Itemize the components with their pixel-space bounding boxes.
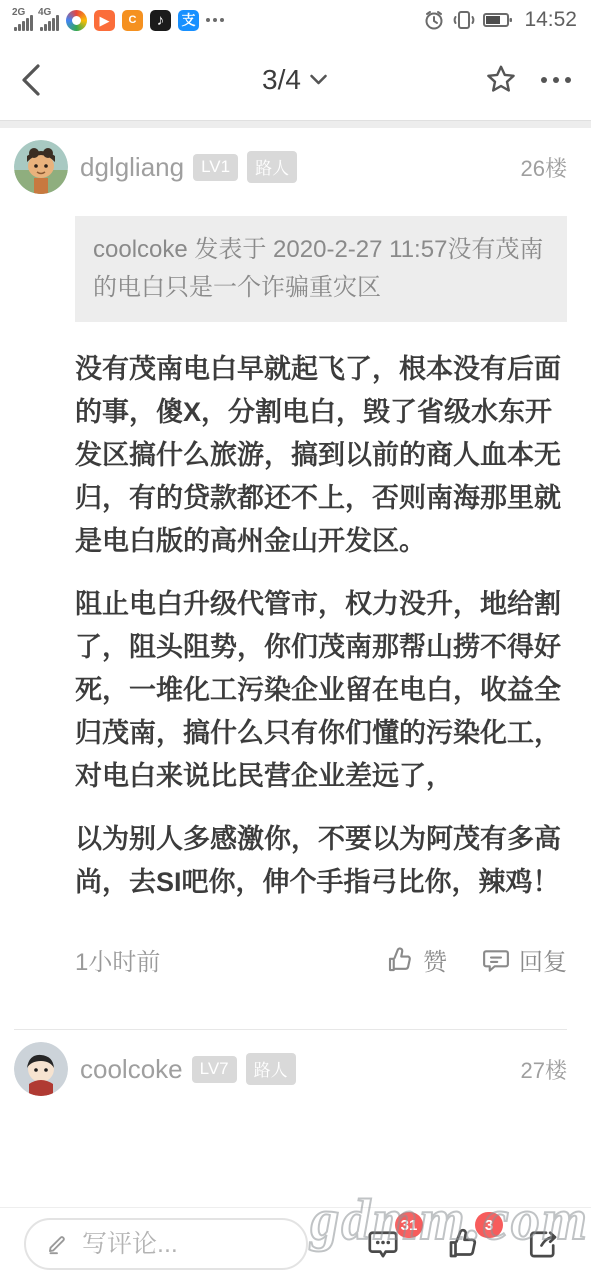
avatar[interactable]: [14, 1042, 68, 1096]
comment-composer[interactable]: [24, 1218, 308, 1270]
post-time: 1小时前: [75, 942, 160, 977]
level-badge: LV1: [193, 154, 238, 181]
thumbs-up-icon: [385, 945, 415, 975]
post-paragraph: 以为别人多感激你，不要以为阿茂有多高尚，去SI吧你，伸个手指弓比你，辣鸡！: [75, 818, 567, 904]
alarm-icon: [423, 9, 445, 31]
clock-time: 14:52: [524, 8, 577, 32]
page-indicator: 3/4: [262, 64, 301, 96]
comment-bar: 31 3: [0, 1207, 591, 1280]
orange-app-icon: C: [122, 10, 143, 31]
sim1-label: 2G: [12, 7, 25, 18]
signal-sim1-icon: 2G: [14, 9, 33, 31]
role-badge: 路人: [246, 1053, 296, 1085]
like-button[interactable]: 赞: [385, 942, 447, 977]
section-divider: [0, 120, 591, 128]
browser-icon: [66, 10, 87, 31]
signal-sim2-icon: 4G: [40, 9, 59, 31]
back-button[interactable]: [0, 50, 62, 110]
post-header: dglgliang LV1 路人 26楼: [14, 140, 567, 194]
like-label: 赞: [423, 942, 447, 977]
like-count-badge: 3: [475, 1212, 503, 1238]
role-badge: 路人: [247, 151, 297, 183]
post-paragraph: 没有茂南电白早就起飞了，根本没有后面的事，傻X，分割电白，毁了省级水东开发区搞什…: [75, 348, 567, 563]
reply-label: 回复: [519, 942, 567, 977]
star-icon[interactable]: [483, 62, 519, 98]
reply-bubble-icon: [481, 945, 511, 975]
level-badge: LV7: [192, 1056, 237, 1083]
username[interactable]: coolcoke: [80, 1054, 183, 1085]
page-selector[interactable]: 3/4: [262, 64, 329, 96]
floor-number: 26楼: [521, 152, 567, 183]
more-icon[interactable]: [541, 69, 571, 91]
tiktok-icon: ♪: [150, 10, 171, 31]
thumbs-up-icon: [445, 1226, 481, 1262]
pencil-icon: [44, 1231, 70, 1257]
quoted-message[interactable]: coolcoke 发表于 2020-2-27 11:57没有茂南的电白只是一个诈…: [75, 216, 567, 322]
username[interactable]: dglgliang: [80, 152, 184, 183]
chevron-down-icon: [309, 73, 329, 87]
battery-icon: [483, 11, 513, 29]
post-content: 没有茂南电白早就起飞了，根本没有后面的事，傻X，分割电白，毁了省级水东开发区搞什…: [75, 348, 567, 904]
avatar[interactable]: [14, 140, 68, 194]
post-paragraph: 阻止电白升级代管市，权力没升，地给割了，阻头阻势，你们茂南那帮山捞不得好死，一堆…: [75, 583, 567, 798]
post-26: dglgliang LV1 路人 26楼 coolcoke 发表于 2020-2…: [0, 128, 591, 1030]
comment-input[interactable]: [80, 1229, 274, 1260]
video-play-icon: ▶: [94, 10, 115, 31]
comments-bubble-icon: [365, 1226, 401, 1262]
back-icon: [18, 60, 44, 100]
reply-button[interactable]: 回复: [481, 942, 567, 977]
nav-bar: 3/4: [0, 40, 591, 120]
vibrate-icon: [452, 9, 476, 31]
post-header: coolcoke LV7 路人 27楼: [14, 1042, 567, 1096]
like-thread-button[interactable]: 3: [445, 1226, 481, 1262]
post-27: coolcoke LV7 路人 27楼: [0, 1030, 591, 1096]
alipay-icon: 支: [178, 10, 199, 31]
floor-number: 27楼: [521, 1054, 567, 1085]
sim2-label: 4G: [38, 7, 51, 18]
share-button[interactable]: [525, 1226, 561, 1262]
status-bar: 2G 4G ▶ C ♪ 支 14:52: [0, 0, 591, 40]
comments-count-badge: 31: [395, 1212, 423, 1238]
comments-button[interactable]: 31: [365, 1226, 401, 1262]
share-icon: [525, 1226, 561, 1262]
notification-overflow-icon: [206, 18, 224, 22]
